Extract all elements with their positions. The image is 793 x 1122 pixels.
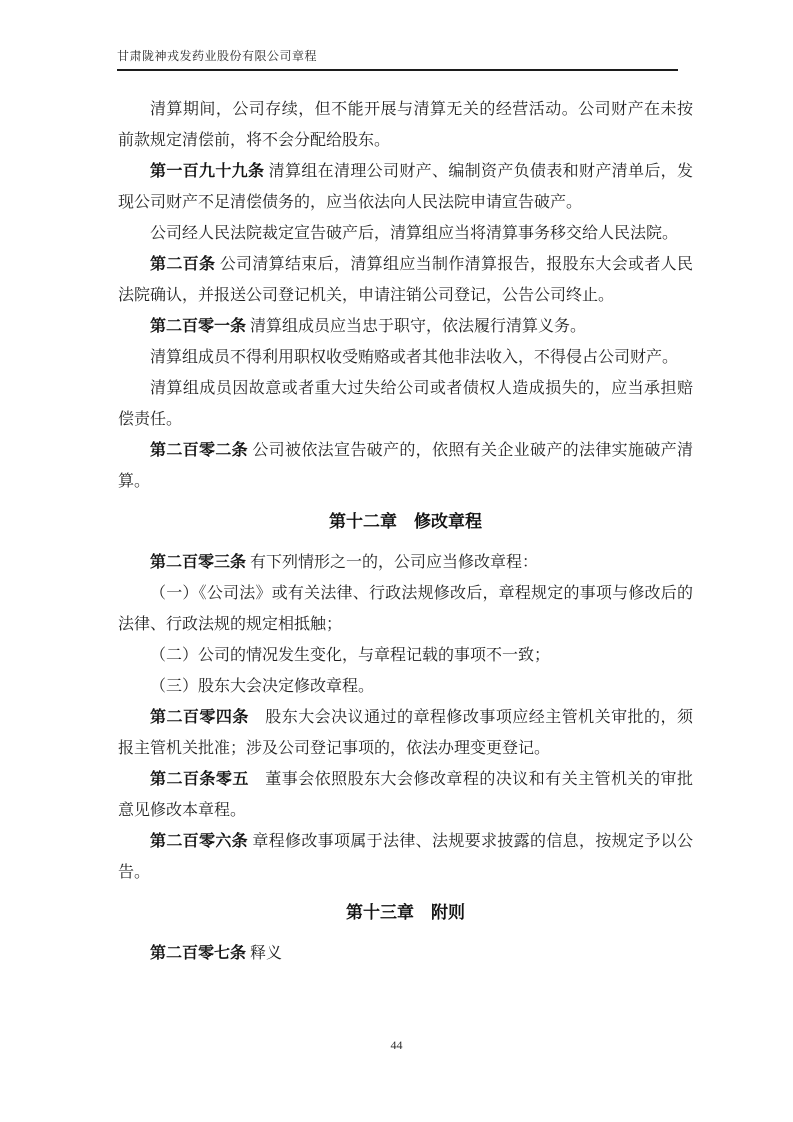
paragraph: 公司经人民法院裁定宣告破产后，清算组应当将清算事务移交给人民法院。	[118, 218, 693, 249]
document-page: 甘肃陇神戎发药业股份有限公司章程 清算期间，公司存续，但不能开展与清算无关的经营…	[0, 0, 793, 1122]
paragraph: 第二百零二条 公司被依法宣告破产的，依照有关企业破产的法律实施破产清算。	[118, 435, 693, 497]
article-number: 第二百零四条	[150, 709, 249, 726]
paragraph: 清算组成员因故意或者重大过失给公司或者债权人造成损失的，应当承担赔偿责任。	[118, 373, 693, 435]
paragraph: 清算期间，公司存续，但不能开展与清算无关的经营活动。公司财产在未按前款规定清偿前…	[118, 94, 693, 156]
page-number: 44	[0, 1038, 793, 1053]
paragraph: 第二百条零五 董事会依照股东大会修改章程的决议和有关主管机关的审批意见修改本章程…	[118, 764, 693, 826]
paragraph: （三）股东大会决定修改章程。	[118, 671, 693, 702]
paragraph: 第二百零一条 清算组成员应当忠于职守，依法履行清算义务。	[118, 311, 693, 342]
paragraph: 第二百零六条 章程修改事项属于法律、法规要求披露的信息，按规定予以公告。	[118, 826, 693, 888]
paragraph: （二）公司的情况发生变化，与章程记载的事项不一致；	[118, 640, 693, 671]
paragraph: 清算组成员不得利用职权收受贿赂或者其他非法收入，不得侵占公司财产。	[118, 342, 693, 373]
document-body: 清算期间，公司存续，但不能开展与清算无关的经营活动。公司财产在未按前款规定清偿前…	[118, 94, 693, 969]
article-number: 第二百零六条	[150, 833, 248, 850]
article-number: 第一百九十九条	[150, 163, 264, 180]
paragraph: 第二百零四条 股东大会决议通过的章程修改事项应经主管机关审批的，须报主管机关批准…	[118, 702, 693, 764]
document-header: 甘肃陇神戎发药业股份有限公司章程	[117, 48, 678, 71]
document-header-title: 甘肃陇神戎发药业股份有限公司章程	[117, 48, 678, 64]
header-rule	[117, 69, 678, 71]
paragraph: 第二百零三条 有下列情形之一的，公司应当修改章程：	[118, 547, 693, 578]
chapter-heading: 第十三章 附则	[118, 898, 693, 928]
paragraph: 第二百条 公司清算结束后，清算组应当制作清算报告，报股东大会或者人民法院确认，并…	[118, 249, 693, 311]
paragraph: 第一百九十九条 清算组在清理公司财产、编制资产负债表和财产清单后，发现公司财产不…	[118, 156, 693, 218]
article-number: 第二百零二条	[150, 442, 248, 459]
article-number: 第二百零一条	[150, 318, 246, 335]
chapter-heading: 第十二章 修改章程	[118, 507, 693, 537]
paragraph: （一）《公司法》或有关法律、行政法规修改后，章程规定的事项与修改后的法律、行政法…	[118, 578, 693, 640]
article-number: 第二百零三条	[150, 554, 246, 571]
article-number: 第二百零七条	[150, 945, 246, 962]
paragraph: 第二百零七条 释义	[118, 938, 693, 969]
article-number: 第二百条	[150, 256, 215, 273]
article-number: 第二百条零五	[150, 771, 249, 788]
